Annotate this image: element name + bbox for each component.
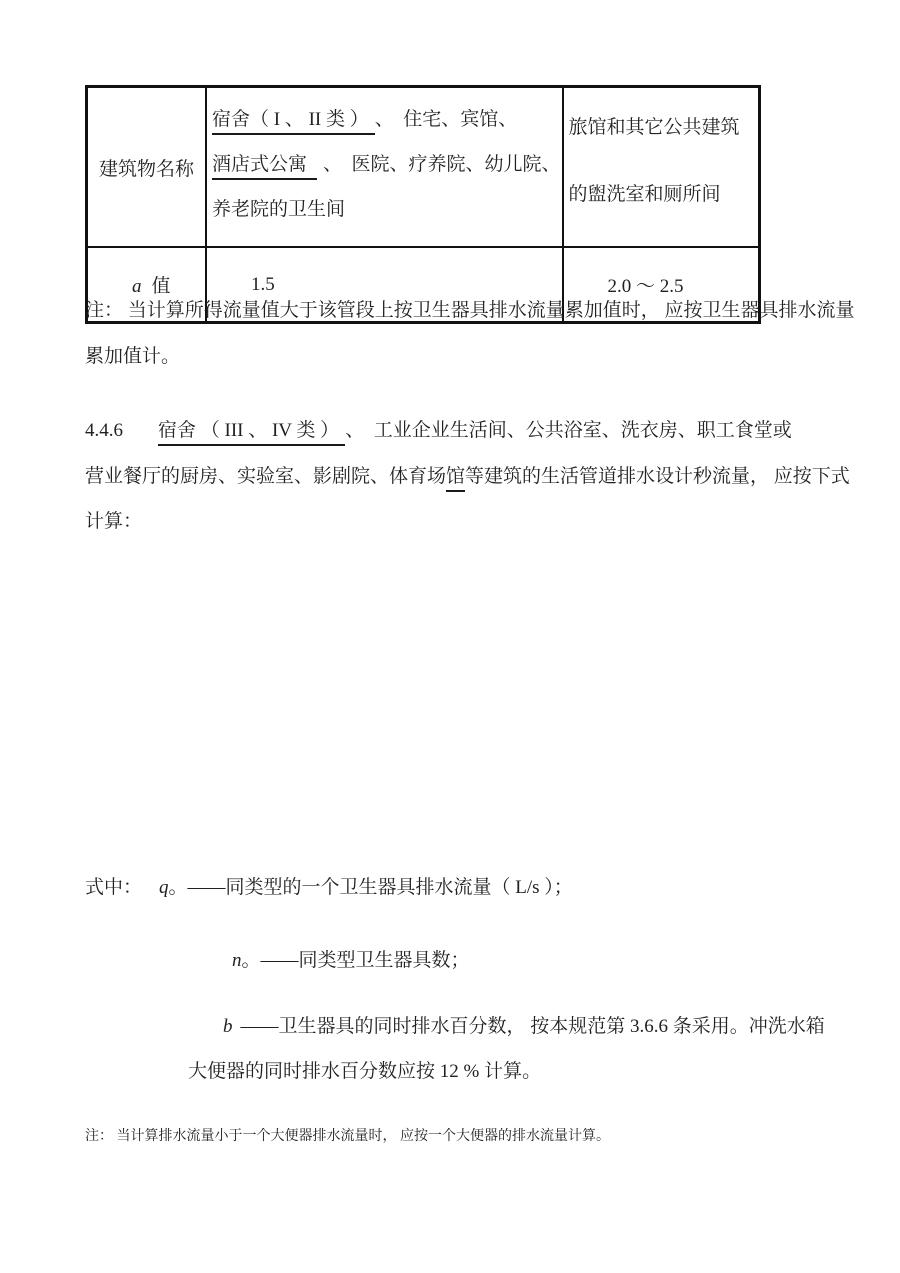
formula-lead: 式中： [85, 877, 142, 898]
section-text: 等建筑的生活管道排水设计秒流量， 应按下式 [465, 466, 850, 487]
section-446-line-2: 营业餐厅的厨房、实验室、影剧院、体育场馆等建筑的生活管道排水设计秒流量， 应按下… [85, 465, 850, 492]
section-text: 、 工业企业生活间、公共浴室、洗衣房、职工食堂或 [345, 420, 792, 441]
q-variable: q [159, 877, 169, 898]
building-name-label: 建筑物名称 [99, 159, 194, 180]
a-label-text: 值 [152, 276, 171, 297]
cell-text: 旅馆和其它公共建筑 [569, 117, 740, 138]
cell-line: 旅馆和其它公共建筑 [565, 94, 757, 161]
cell-text: 、 医院、疗养院、幼儿院、 [323, 154, 561, 175]
table-cell-building-list-2: 旅馆和其它公共建筑 的盥洗室和厕所间 [563, 87, 760, 248]
table-note-line-2: 累加值计。 [85, 345, 180, 368]
underlined-text: 馆 [446, 466, 465, 492]
a-value-2: 2.0 ～ 2.5 [608, 276, 684, 297]
cell-line: 宿舍（ I 、 II 类 ）、 住宅、宾馆、 [208, 97, 561, 142]
cell-line: 的盥洗室和厕所间 [565, 161, 757, 228]
formula-term-n: n。——同类型卫生器具数； [232, 949, 470, 972]
footnote-text: 注： 当计算排水流量小于一个大便器排水流量时， 应按一个大便器的排水流量计算。 [85, 1129, 610, 1144]
underlined-text: 酒店式公寓 [212, 154, 317, 180]
q-subscript: 。 [169, 877, 188, 898]
section-text: 营业餐厅的厨房、实验室、影剧院、体育场 [85, 466, 446, 487]
underlined-text: 宿舍 （ III 、 IV 类 ） [158, 420, 345, 446]
n-subscript: 。 [242, 950, 261, 971]
b-variable: b [223, 1016, 233, 1037]
flow-coefficient-table: 建筑物名称 宿舍（ I 、 II 类 ）、 住宅、宾馆、 酒店式公寓、 医院、疗… [85, 85, 761, 324]
section-446-line-1: 4.4.6宿舍 （ III 、 IV 类 ）、 工业企业生活间、公共浴室、洗衣房… [85, 419, 792, 446]
n-variable: n [232, 950, 242, 971]
formula-term-b: b——卫生器具的同时排水百分数， 按本规范第 3.6.6 条采用。冲洗水箱 [223, 1015, 825, 1038]
table-header-building-name: 建筑物名称 [87, 87, 207, 248]
a-value-1: 1.5 [251, 274, 275, 295]
footnote: 注： 当计算排水流量小于一个大便器排水流量时， 应按一个大便器的排水流量计算。 [85, 1128, 610, 1146]
document-page: 建筑物名称 宿舍（ I 、 II 类 ）、 住宅、宾馆、 酒店式公寓、 医院、疗… [0, 0, 900, 1273]
cell-line: 养老院的卫生间 [208, 187, 561, 232]
table-note-line-1: 注： 当计算所得流量值大于该管段上按卫生器具排水流量累加值时， 应按卫生器具排水… [85, 299, 855, 322]
cell-text: 、 住宅、宾馆、 [375, 109, 518, 130]
n-description: ——同类型卫生器具数； [261, 950, 470, 971]
section-446-line-3: 计算： [85, 510, 142, 533]
formula-term-b-continued: 大便器的同时排水百分数应按 12 % 计算。 [188, 1060, 541, 1083]
note-text: 累加值计。 [85, 346, 180, 367]
formula-term-q: 式中：q。——同类型的一个卫生器具排水流量（ L/s ）； [85, 876, 573, 899]
note-text: 注： 当计算所得流量值大于该管段上按卫生器具排水流量累加值时， 应按卫生器具排水… [85, 300, 855, 321]
section-text: 计算： [85, 511, 142, 532]
cell-text: 养老院的卫生间 [212, 199, 345, 220]
cell-text: 的盥洗室和厕所间 [569, 184, 721, 205]
a-variable: a [132, 276, 142, 297]
cell-line: 酒店式公寓、 医院、疗养院、幼儿院、 [208, 142, 561, 187]
q-description: ——同类型的一个卫生器具排水流量（ L/s ）； [188, 877, 573, 898]
underlined-text: 宿舍（ I 、 II 类 ） [212, 109, 375, 135]
b-description-continued: 大便器的同时排水百分数应按 12 % 计算。 [188, 1061, 541, 1082]
table-cell-building-list-1: 宿舍（ I 、 II 类 ）、 住宅、宾馆、 酒店式公寓、 医院、疗养院、幼儿院… [206, 87, 563, 248]
section-number: 4.4.6 [85, 420, 123, 441]
b-description: ——卫生器具的同时排水百分数， 按本规范第 3.6.6 条采用。冲洗水箱 [241, 1016, 825, 1037]
